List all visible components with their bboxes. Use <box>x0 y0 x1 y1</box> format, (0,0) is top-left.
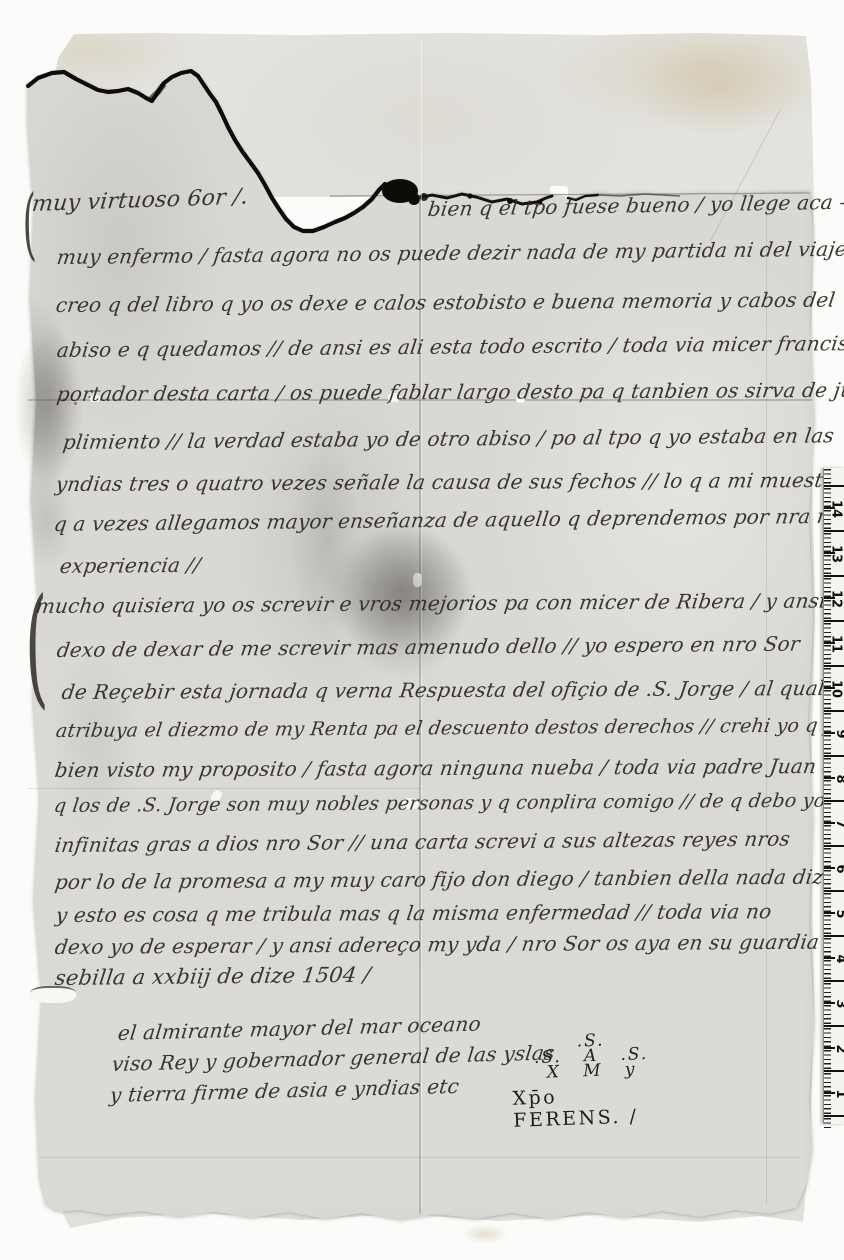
manuscript-line: bien visto my proposito / fasta agora ni… <box>53 754 844 782</box>
ruler-mm-ticks <box>824 469 831 484</box>
paragraph-bracket-flourish: ( <box>24 580 49 712</box>
ruler-cm-cell: 4 <box>824 937 844 982</box>
ruler-number: 1 <box>833 1089 844 1098</box>
ruler-cm-cell: 12 <box>824 577 844 622</box>
signature-name: Xp̄o FERENS. / <box>512 1082 673 1132</box>
ruler-number: 13 <box>828 544 843 562</box>
ruler-mm-ticks <box>824 1118 831 1130</box>
ruler-number: 10 <box>828 679 843 697</box>
ruler-cm-cell: 8 <box>824 757 844 802</box>
ruler-cm-cell: 3 <box>824 982 844 1027</box>
ruler-top-cap <box>824 468 844 487</box>
ruler-cm-cell: 14 <box>824 487 844 532</box>
manuscript-line: experiencia // <box>58 553 202 578</box>
ruler-number: 7 <box>833 819 844 828</box>
ruler-cm-cell: 10 <box>824 667 844 712</box>
paper-chip <box>413 573 422 587</box>
ruler-cm-cell: 7 <box>824 802 844 847</box>
ruler-number: 11 <box>828 634 843 652</box>
manuscript-line: portador desta carta / os puede fablar l… <box>55 378 844 406</box>
measurement-ruler: 1413121110987654321 <box>823 468 844 1124</box>
ruler-cm-cell: 13 <box>824 532 844 577</box>
sigil-row-3: X M y <box>547 1062 637 1080</box>
manuscript-line: sebilla a xxbiij de dize 1504 / <box>53 963 372 990</box>
ruler-number: 12 <box>828 589 843 607</box>
ruler-number: 9 <box>833 729 844 738</box>
ruler-cm-cell: 2 <box>824 1027 844 1072</box>
ruler-cm-cell: 9 <box>824 712 844 757</box>
ruler-number: 3 <box>833 999 844 1008</box>
ruler-bottom-cap <box>824 1117 844 1131</box>
ruler-cm-cell: 11 <box>824 622 844 667</box>
paragraph-bracket-flourish: ( <box>22 185 37 264</box>
ruler-number: 6 <box>833 864 844 873</box>
manuscript-photo: muy virtuoso 6or /.bien q el tpo fuese b… <box>0 0 844 1260</box>
ruler-cm-cell: 6 <box>824 847 844 892</box>
manuscript-line: y esto es cosa q me tribula mas q la mis… <box>54 899 773 927</box>
ruler-number: 14 <box>828 499 843 517</box>
ruler-cm-cell: 1 <box>824 1072 844 1117</box>
manuscript-line: yndias tres o quatro vezes señale la cau… <box>54 468 844 496</box>
ruler-cm-cell: 5 <box>824 892 844 937</box>
manuscript-line: de Reçebir esta jornada q verna Respuest… <box>60 676 826 704</box>
ruler-number: 5 <box>833 909 844 918</box>
columbus-sigil: .S. .S. A .S. X M y Xp̄o FERENS. / <box>510 1031 673 1132</box>
ruler-number: 2 <box>833 1044 844 1053</box>
ruler-number: 4 <box>833 954 844 963</box>
ruler-number: 8 <box>833 774 844 783</box>
